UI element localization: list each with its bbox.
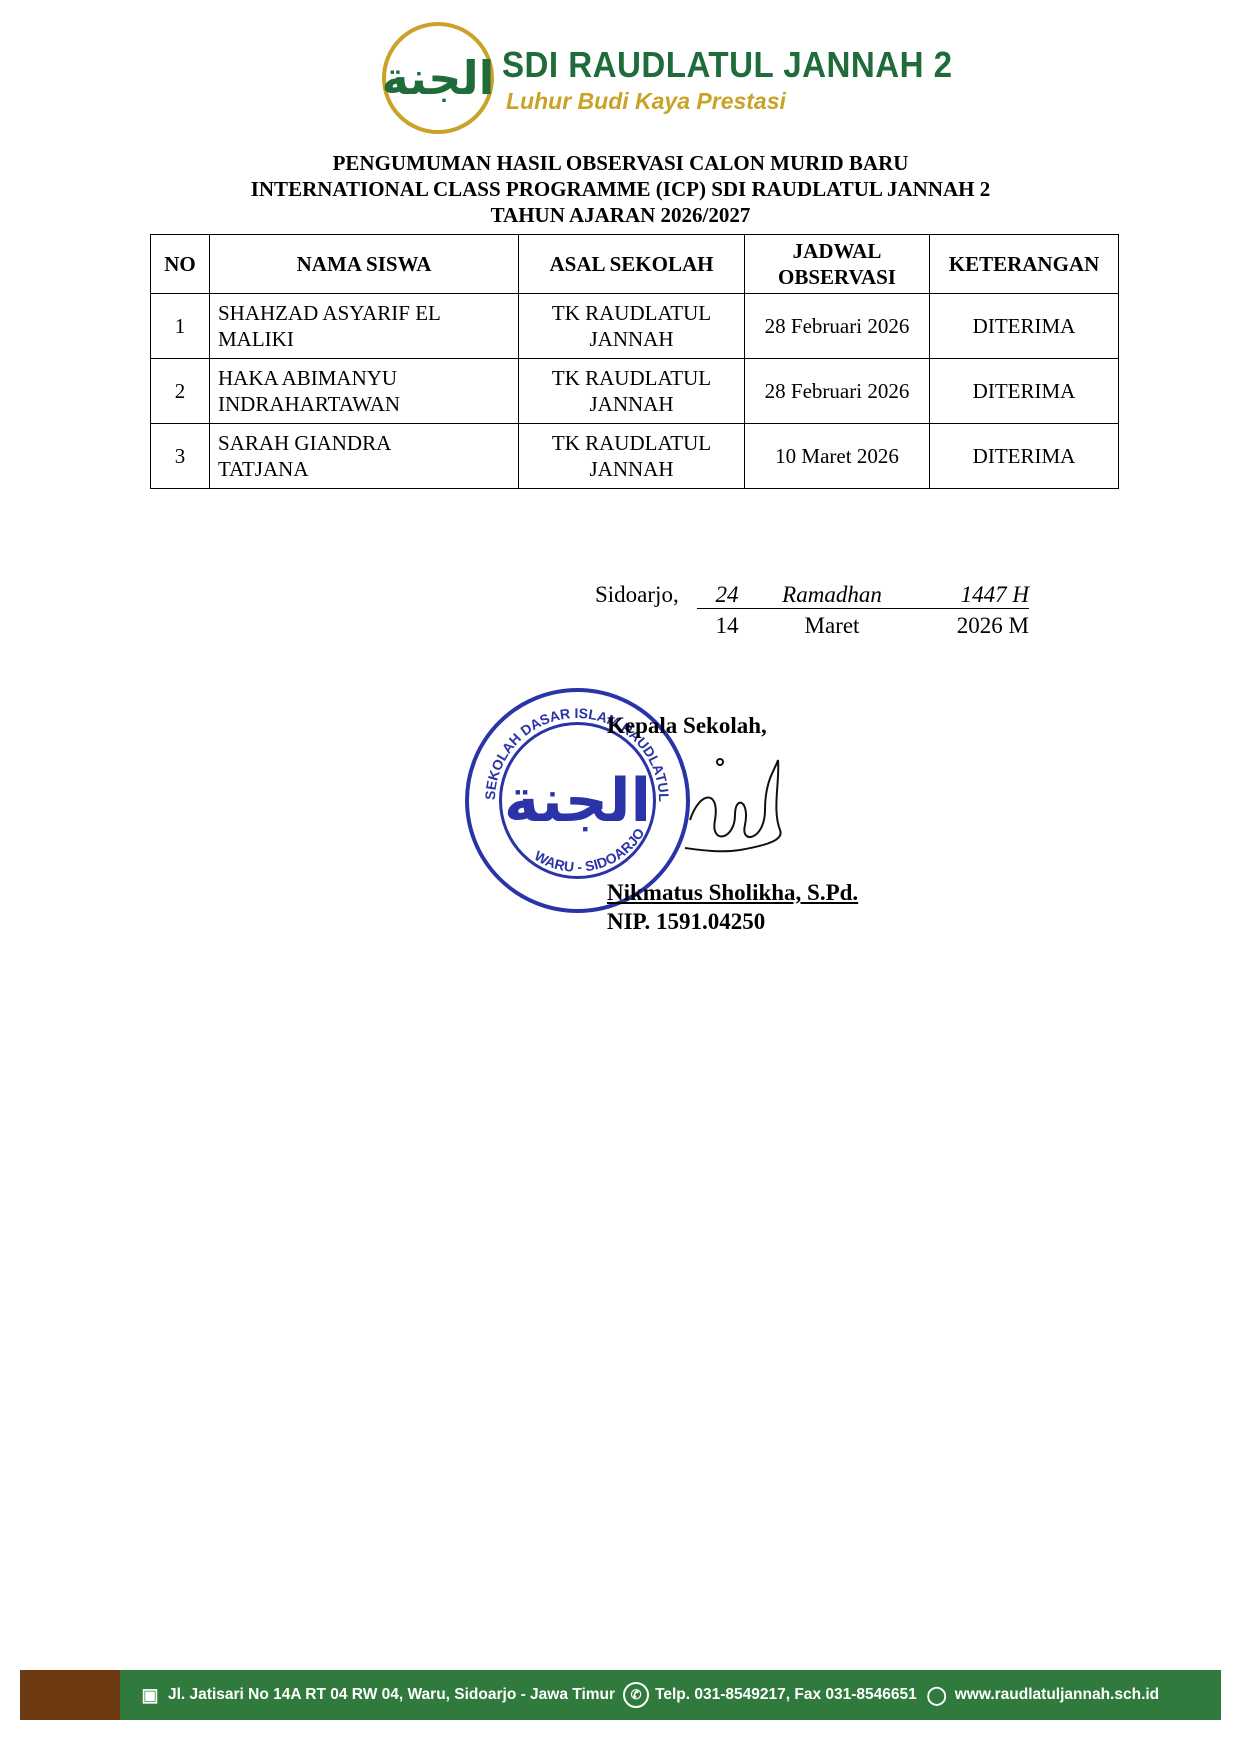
hijri-month: Ramadhan: [757, 582, 907, 609]
letterhead: الجنة SDI RAUDLATUL JANNAH 2 Luhur Budi …: [382, 22, 902, 137]
cell-keterangan: DITERIMA: [930, 424, 1119, 489]
masehi-date: 14 Maret 2026 M: [595, 613, 1029, 644]
table-row: 1 SHAHZAD ASYARIF ELMALIKI TK RAUDLATULJ…: [151, 294, 1119, 359]
masehi-day: 14: [697, 613, 757, 639]
cell-no: 3: [151, 424, 210, 489]
footer-address: Jl. Jatisari No 14A RT 04 RW 04, Waru, S…: [168, 1686, 615, 1704]
footer-contact: ▣ Jl. Jatisari No 14A RT 04 RW 04, Waru,…: [120, 1670, 1221, 1720]
cell-nama: HAKA ABIMANYUINDRAHARTAWAN: [210, 359, 519, 424]
hijri-day: 24: [697, 582, 757, 609]
cell-no: 1: [151, 294, 210, 359]
col-nama: NAMA SISWA: [210, 235, 519, 294]
masehi-month: Maret: [757, 613, 907, 639]
table-row: 2 HAKA ABIMANYUINDRAHARTAWAN TK RAUDLATU…: [151, 359, 1119, 424]
cell-jadwal: 28 Februari 2026: [745, 294, 930, 359]
building-icon: ▣: [138, 1683, 162, 1707]
hijri-year: 1447 H: [907, 582, 1029, 609]
date-place: Sidoarjo,: [595, 582, 697, 608]
results-table: NO NAMA SISWA ASAL SEKOLAH JADWALOBSERVA…: [150, 234, 1119, 489]
logo-glyph: الجنة: [382, 55, 495, 101]
table-row: 3 SARAH GIANDRATATJANA TK RAUDLATULJANNA…: [151, 424, 1119, 489]
cell-asal: TK RAUDLATULJANNAH: [519, 359, 745, 424]
col-jadwal: JADWALOBSERVASI: [745, 235, 930, 294]
cell-jadwal: 28 Februari 2026: [745, 359, 930, 424]
cell-keterangan: DITERIMA: [930, 294, 1119, 359]
school-logo: الجنة: [382, 22, 494, 134]
footer-accent: [20, 1670, 120, 1720]
signatory-name: Nikmatus Sholikha, S.Pd.: [607, 880, 858, 906]
school-motto: Luhur Budi Kaya Prestasi: [506, 88, 786, 115]
footer-bar: ▣ Jl. Jatisari No 14A RT 04 RW 04, Waru,…: [20, 1670, 1221, 1720]
hijri-date: Sidoarjo, 24 Ramadhan 1447 H: [595, 582, 1029, 613]
stamp-center: الجنة: [499, 722, 656, 879]
title-line-2: INTERNATIONAL CLASS PROGRAMME (ICP) SDI …: [0, 176, 1241, 202]
signature: [680, 750, 800, 860]
cell-nama: SHAHZAD ASYARIF ELMALIKI: [210, 294, 519, 359]
masehi-year: 2026 M: [907, 613, 1029, 639]
cell-jadwal: 10 Maret 2026: [745, 424, 930, 489]
document-title: PENGUMUMAN HASIL OBSERVASI CALON MURID B…: [0, 150, 1241, 228]
phone-icon: ✆: [623, 1682, 649, 1708]
title-line-3: TAHUN AJARAN 2026/2027: [0, 202, 1241, 228]
globe-icon: ◯: [925, 1683, 949, 1707]
footer-phone: Telp. 031-8549217, Fax 031-8546651: [655, 1686, 917, 1704]
table-header-row: NO NAMA SISWA ASAL SEKOLAH JADWALOBSERVA…: [151, 235, 1119, 294]
signatory-title: Kepala Sekolah,: [607, 713, 767, 739]
date-block: Sidoarjo, 24 Ramadhan 1447 H 14 Maret 20…: [595, 582, 1029, 644]
cell-asal: TK RAUDLATULJANNAH: [519, 294, 745, 359]
col-no: NO: [151, 235, 210, 294]
cell-no: 2: [151, 359, 210, 424]
stamp-glyph: الجنة: [504, 766, 651, 836]
footer-website[interactable]: www.raudlatuljannah.sch.id: [955, 1686, 1159, 1704]
cell-keterangan: DITERIMA: [930, 359, 1119, 424]
cell-nama: SARAH GIANDRATATJANA: [210, 424, 519, 489]
col-asal: ASAL SEKOLAH: [519, 235, 745, 294]
title-line-1: PENGUMUMAN HASIL OBSERVASI CALON MURID B…: [0, 150, 1241, 176]
school-name: SDI RAUDLATUL JANNAH 2: [502, 44, 953, 86]
signatory-nip: NIP. 1591.04250: [607, 909, 765, 935]
col-keterangan: KETERANGAN: [930, 235, 1119, 294]
cell-asal: TK RAUDLATULJANNAH: [519, 424, 745, 489]
